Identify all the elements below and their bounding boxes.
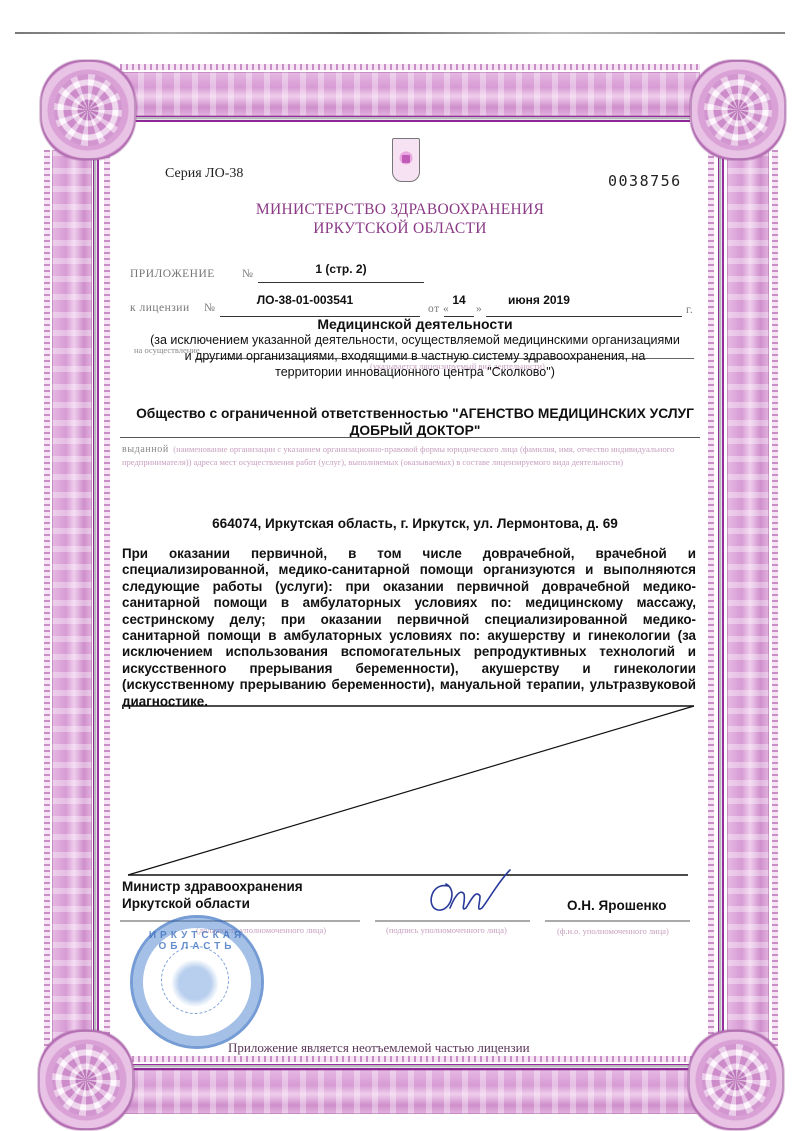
hint-signature: (подпись уполномоченного лица) — [386, 925, 507, 936]
signatory-name: О.Н. Ярошенко — [567, 898, 666, 913]
cancellation-z-lines — [0, 0, 800, 1131]
official-stamp: ИРКУТСКАЯ ОБЛАСТЬ — [130, 915, 264, 1049]
handwritten-signature-icon — [420, 868, 520, 924]
stamp-eagle-icon — [161, 946, 229, 1014]
hint-name: (ф.и.о. уполномоченного лица) — [557, 926, 669, 937]
signatory-position-line2: Иркутской области — [122, 895, 303, 912]
footer-note: Приложение является неотъемлемой частью … — [228, 1040, 530, 1056]
signatory-position: Министр здравоохранения Иркутской област… — [122, 878, 303, 912]
signatory-position-line1: Министр здравоохранения — [122, 878, 303, 895]
